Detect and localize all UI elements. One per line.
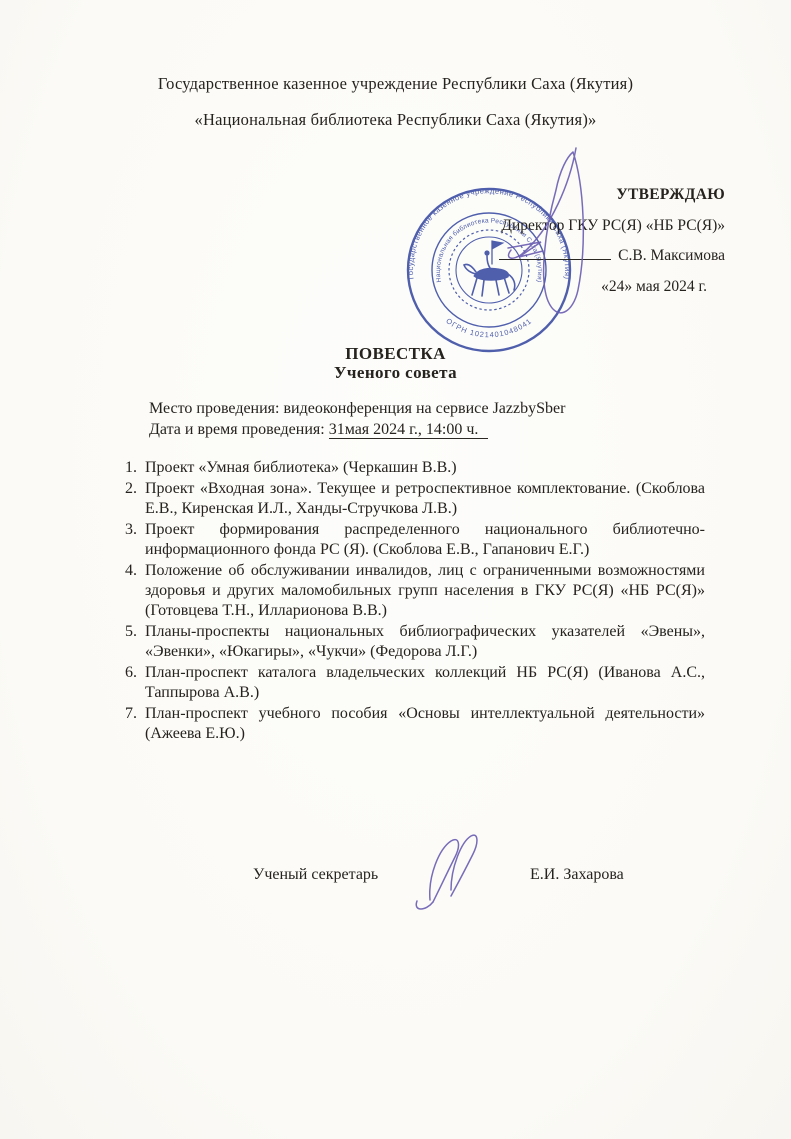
document-header: Государственное казенное учреждение Респ… — [0, 66, 791, 138]
organization-name-line2: «Национальная библиотека Республики Саха… — [0, 102, 791, 138]
datetime-label: Дата и время проведения: — [149, 421, 329, 438]
organization-name-line1: Государственное казенное учреждение Респ… — [0, 66, 791, 102]
secretary-signature — [398, 830, 498, 920]
document-page: Государственное казенное учреждение Респ… — [0, 0, 791, 1139]
agenda-item-7: План-проспект учебного пособия «Основы и… — [141, 704, 705, 744]
meeting-meta: Место проведения: видеоконференция на се… — [149, 399, 565, 440]
agenda-item-1: Проект «Умная библиотека» (Черкашин В.В.… — [141, 458, 705, 478]
datetime-value: 31мая 2024 г., 14:00 ч. — [329, 421, 489, 439]
secretary-name: Е.И. Захарова — [530, 866, 624, 884]
agenda-item-4: Положение об обслуживании инвалидов, лиц… — [141, 561, 705, 621]
agenda-item-2: Проект «Входная зона». Текущее и ретросп… — [141, 479, 705, 519]
agenda-item-6: План-проспект каталога владельческих кол… — [141, 663, 705, 703]
document-title: ПОВЕСТКА Ученого совета — [0, 344, 791, 382]
agenda-list: Проект «Умная библиотека» (Черкашин В.В.… — [108, 458, 705, 745]
meeting-datetime: Дата и время проведения: 31мая 2024 г., … — [149, 420, 565, 441]
meeting-location: Место проведения: видеоконференция на се… — [149, 399, 565, 420]
agenda-item-5: Планы-проспекты национальных библиографи… — [141, 622, 705, 662]
agenda-item-3: Проект формирования распределенного наци… — [141, 520, 705, 560]
secretary-label: Ученый секретарь — [253, 866, 378, 884]
title-line1: ПОВЕСТКА — [0, 344, 791, 363]
title-line2: Ученого совета — [0, 363, 791, 382]
director-signature — [480, 140, 640, 340]
